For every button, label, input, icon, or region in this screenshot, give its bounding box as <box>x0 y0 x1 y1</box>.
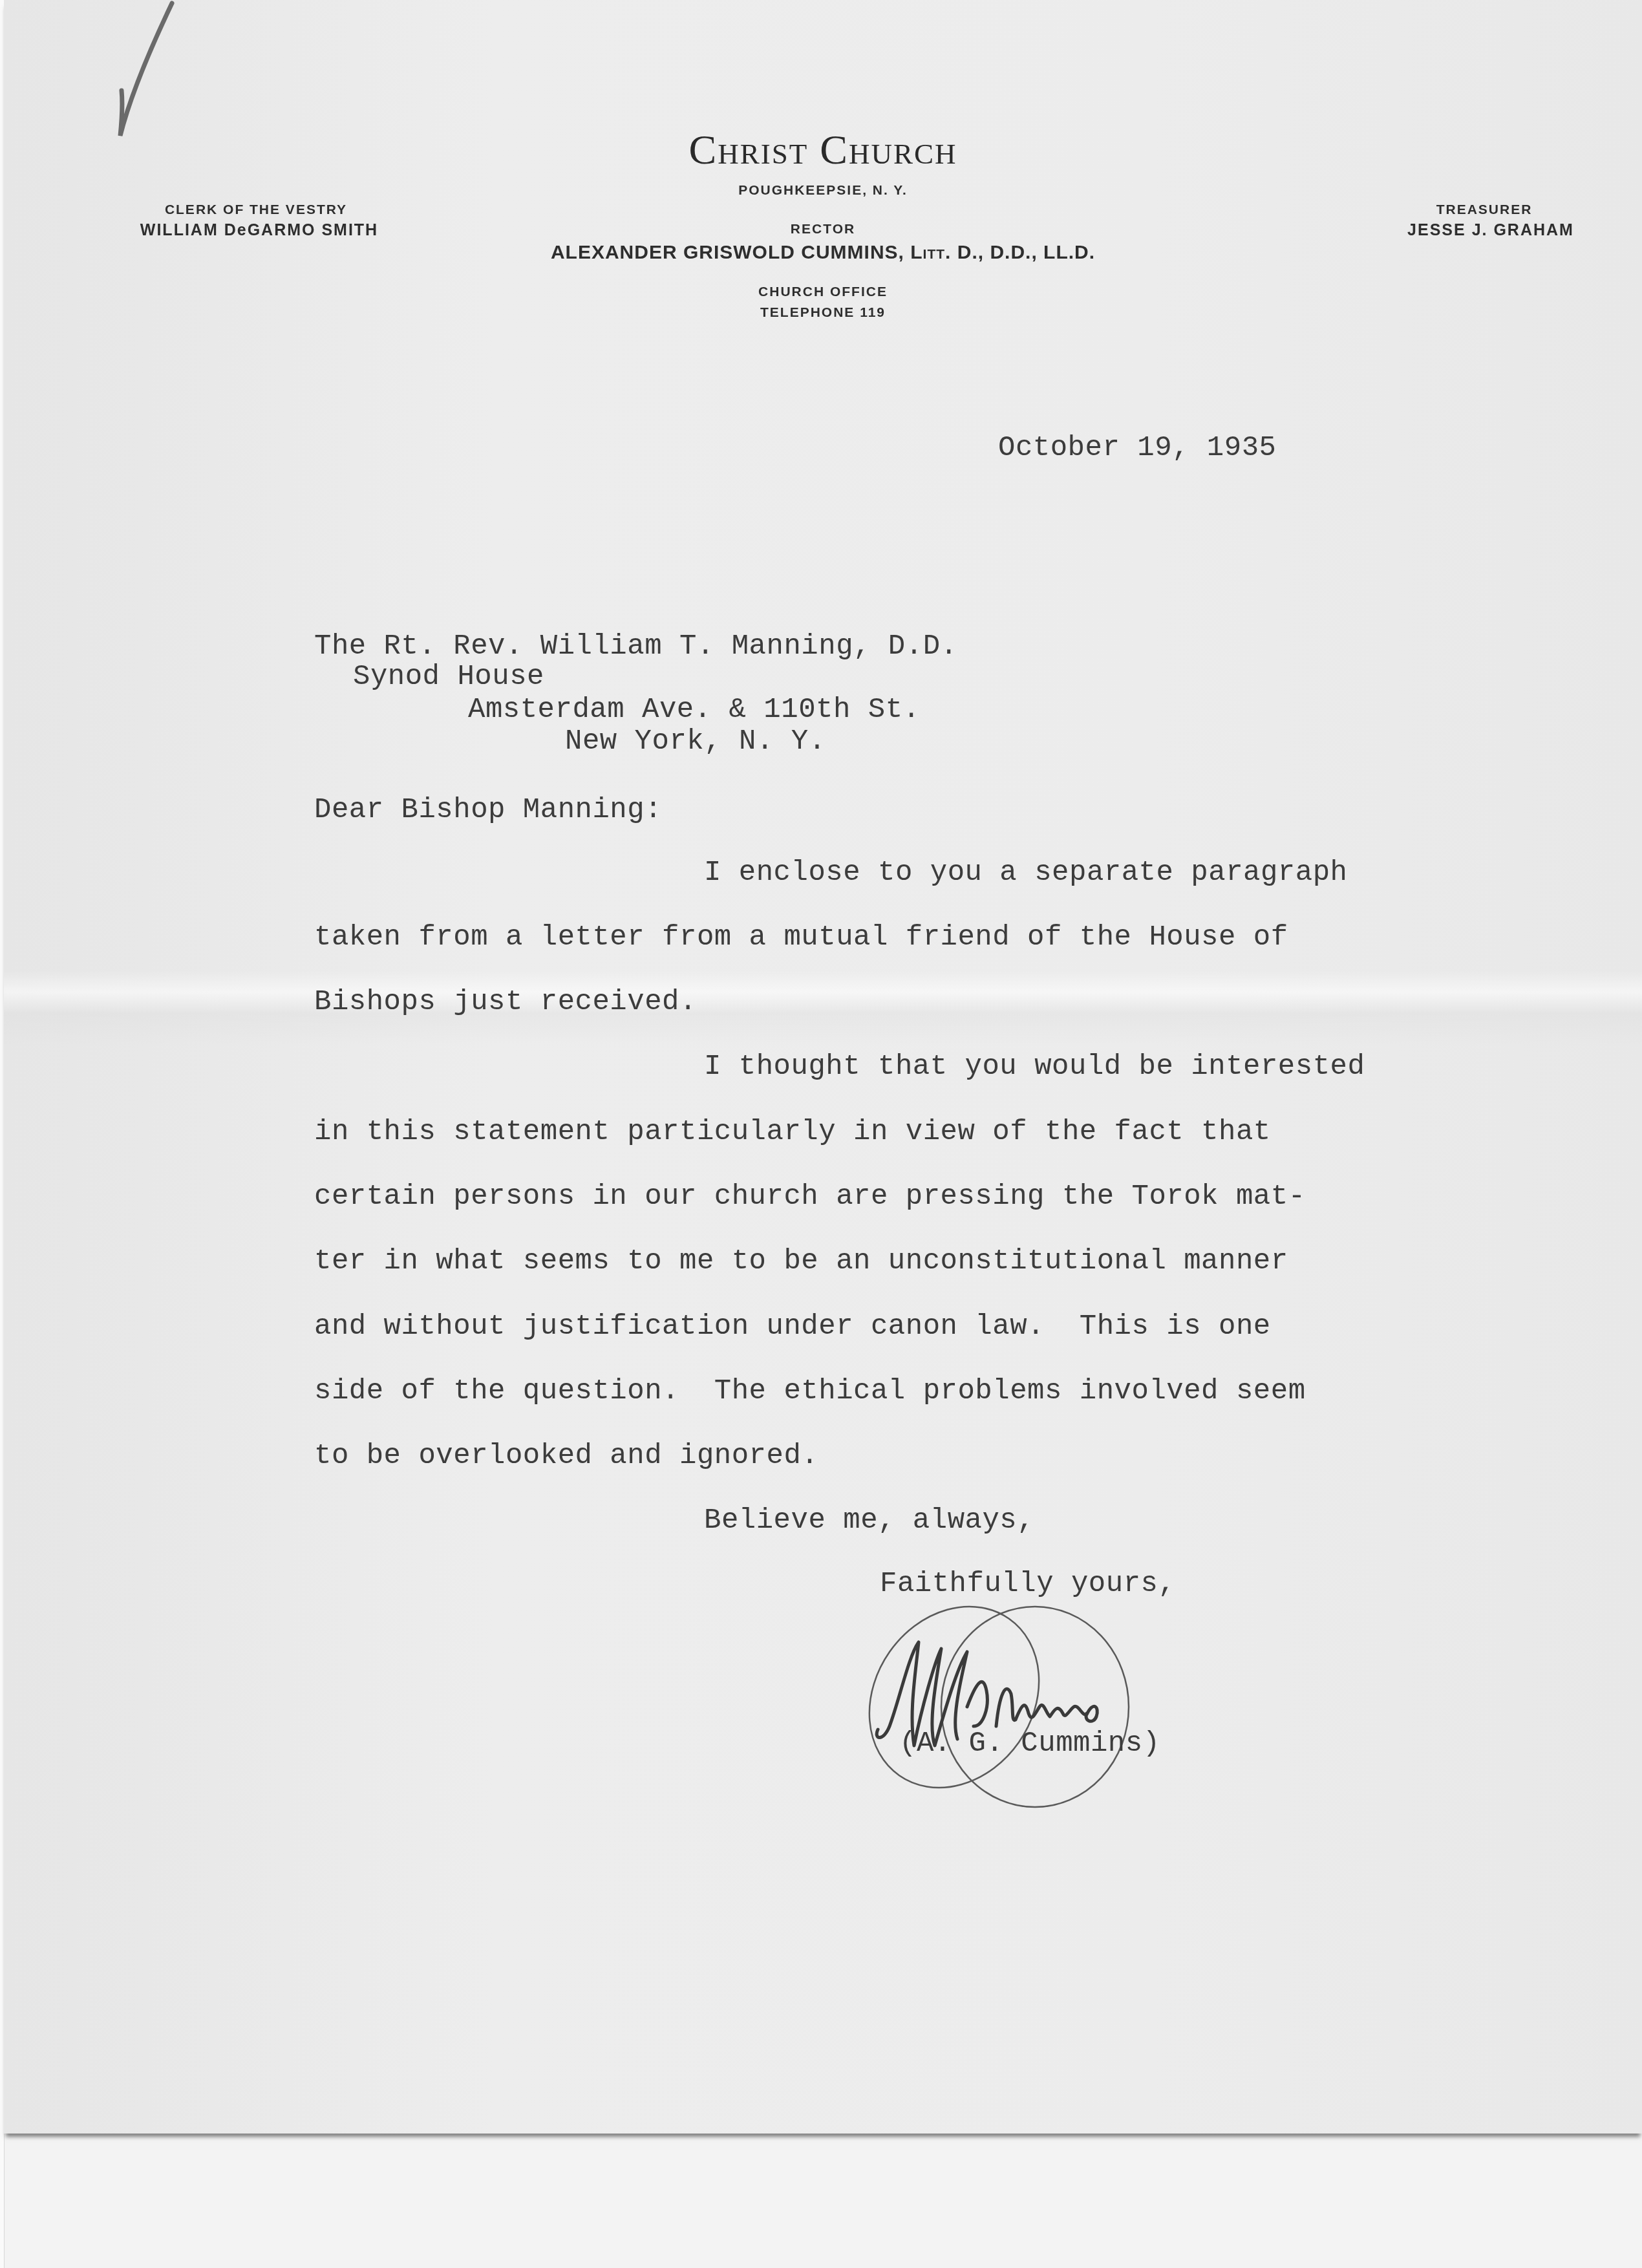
church-name: Christ Church <box>4 126 1642 174</box>
body-line: ter in what seems to me to be an unconst… <box>314 1245 1288 1278</box>
clerk-role: CLERK OF THE VESTRY <box>120 202 392 218</box>
body-line: certain persons in our church are pressi… <box>314 1181 1306 1213</box>
body-line: Bishops just received. <box>314 986 697 1018</box>
recipient-line-1: The Rt. Rev. William T. Manning, D.D. <box>314 630 957 663</box>
body-line: I enclose to you a separate paragraph <box>704 857 1347 889</box>
treasurer-name: JESSE J. GRAHAM <box>1387 221 1594 240</box>
body-line: to be overlooked and ignored. <box>314 1440 818 1472</box>
rector-degrees: Litt. D., D.D., LL.D. <box>910 242 1095 263</box>
body-line: and without justification under canon la… <box>314 1311 1271 1343</box>
handwritten-signature <box>838 1578 1226 1810</box>
body-line: I thought that you would be interested <box>704 1051 1365 1083</box>
rector-name-line: ALEXANDER GRISWOLD CUMMINS, Litt. D., D.… <box>4 242 1642 264</box>
typed-signature: (A. G. Cummins) <box>899 1728 1160 1760</box>
letter-date: October 19, 1935 <box>998 432 1276 464</box>
recipient-line-3: Amsterdam Ave. & 110th St. <box>468 694 921 726</box>
rector-name: ALEXANDER GRISWOLD CUMMINS, <box>551 242 904 263</box>
body-line: side of the question. The ethical proble… <box>314 1375 1306 1407</box>
church-location: POUGHKEEPSIE, N. Y. <box>4 183 1642 198</box>
church-office-label: CHURCH OFFICE <box>4 284 1642 300</box>
treasurer-role: TREASURER <box>1394 202 1575 218</box>
check-mark-icon <box>114 0 178 142</box>
telephone: TELEPHONE 119 <box>4 305 1642 321</box>
body-line: taken from a letter from a mutual friend… <box>314 921 1288 954</box>
recipient-line-2: Synod House <box>353 661 544 693</box>
closing-line-1: Believe me, always, <box>704 1504 1034 1537</box>
body-line: in this statement particularly in view o… <box>314 1116 1271 1148</box>
salutation: Dear Bishop Manning: <box>314 794 662 826</box>
letter-page: Christ Church POUGHKEEPSIE, N. Y. CLERK … <box>4 0 1642 2134</box>
recipient-line-4: New York, N. Y. <box>565 725 826 758</box>
